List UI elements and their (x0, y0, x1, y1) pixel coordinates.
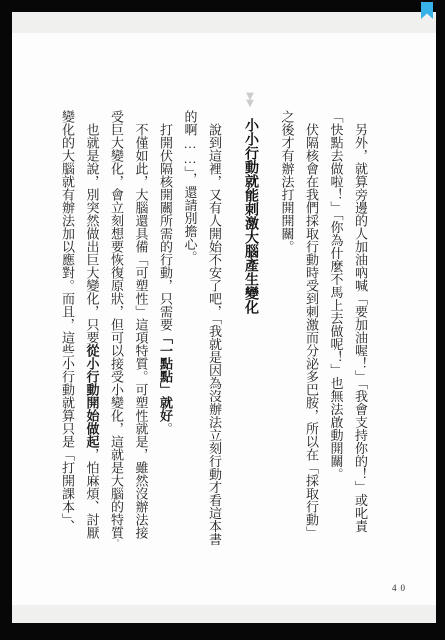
text-segment: 。 (158, 422, 173, 435)
reader-top-strip (12, 12, 436, 33)
paragraph: 伏隔核會在我們採取行動時受到刺激而分泌多巴胺，所以在「採取行動」之後才有辦法打開… (274, 110, 323, 547)
text-segment: 從小行動開始做起 (85, 344, 100, 448)
text-segment: 不僅如此，大腦還具備「可塑性」這項特質。可塑性就是，雖然沒辦法接受巨大變化，會立… (109, 110, 149, 539)
text-segment: 伏隔核會在我們採取行動時受到刺激而分泌多巴胺，所以在「採取行動」之後才有辦法打開… (280, 110, 320, 539)
paragraph: 不僅如此，大腦還具備「可塑性」這項特質。可塑性就是，雖然沒辦法接受巨大變化，會立… (104, 110, 153, 547)
text-segment: 小小行動就能刺激大腦產生變化 (243, 118, 258, 314)
section-heading: ▼▼小小行動就能刺激大腦產生變化 (240, 110, 260, 547)
text-segment: 也就是說，別突然做出巨大變化，只要 (85, 123, 100, 344)
paragraph: 打開伏隔核開關所需的行動，只需要「一點點」就好。 (153, 110, 178, 547)
text-segment: 打開伏隔核開關所需的行動，只需要 (158, 123, 173, 331)
text-segment: 。 (112, 539, 120, 546)
text-segment: 「一點點」就好 (158, 331, 173, 422)
text-segment: 說到這裡，又有人開始不安了吧，「我就是因為沒辦法立刻行動才看這本書的啊……」，還… (183, 110, 223, 546)
paragraph: 另外，就算旁邊的人加油吶喊「要加油喔！」「我會支持你的！」或叱責「快點去做啦！」… (323, 110, 372, 547)
page-text: 另外，就算旁邊的人加油吶喊「要加油喔！」「我會支持你的！」或叱責「快點去做啦！」… (55, 110, 373, 547)
paragraph: 說到這裡，又有人開始不安了吧，「我就是因為沒辦法立刻行動才看這本書的啊……」，還… (177, 110, 226, 547)
page-surface[interactable]: 另外，就算旁邊的人加油吶喊「要加油喔！」「我會支持你的！」或叱責「快點去做啦！」… (12, 12, 436, 623)
section-marker-icon: ▼▼ (246, 93, 254, 107)
page-number: 40 (392, 583, 409, 593)
text-segment: 另外，就算旁邊的人加油吶喊「要加油喔！」「我會支持你的！」或叱責「快點去做啦！」… (329, 110, 369, 533)
paragraph: 也就是說，別突然做出巨大變化，只要從小行動開始做起，怕麻煩、討厭變化的大腦就有辦… (55, 110, 104, 547)
reader-bottom-strip (12, 605, 436, 623)
